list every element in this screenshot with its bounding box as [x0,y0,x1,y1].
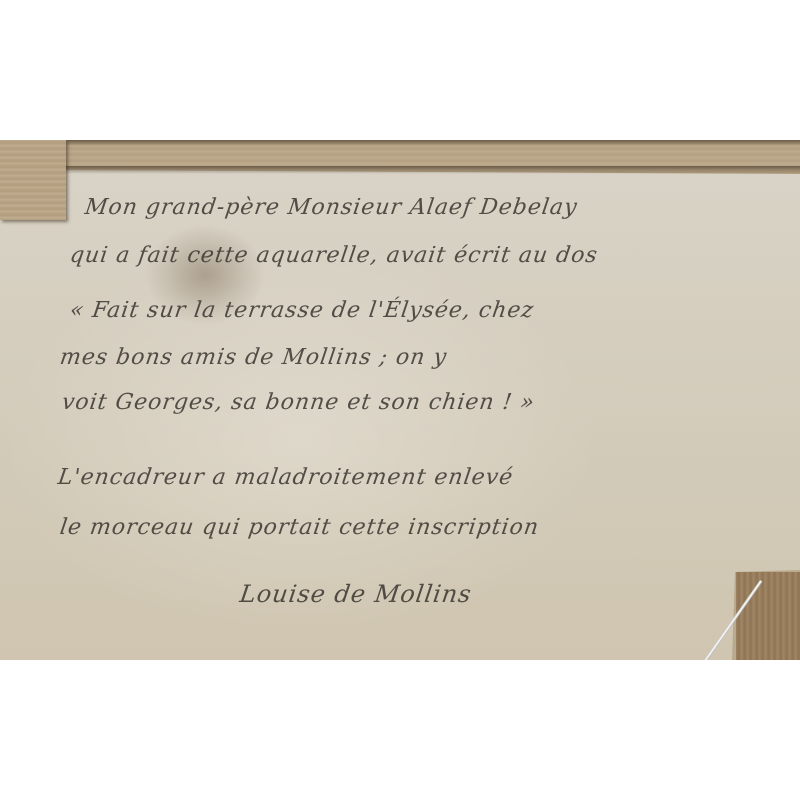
handwritten-note: Mon grand-père Monsieur Alaef Debelay qu… [0,140,800,660]
note-line: Mon grand-père Monsieur Alaef Debelay [83,195,579,220]
note-line: le morceau qui portait cette inscription [58,515,541,540]
note-line: mes bons amis de Mollins ; on y [58,345,448,370]
note-line: qui a fait cette aquarelle, avait écrit … [68,243,599,268]
note-line: L'encadreur a maladroitement enlevé [56,465,515,490]
note-line: voit Georges, sa bonne et son chien ! » [60,390,536,415]
note-line: « Fait sur la terrasse de l'Élysée, chez [68,298,536,323]
photograph: Mon grand-père Monsieur Alaef Debelay qu… [0,140,800,660]
signature: Louise de Mollins [238,580,474,608]
